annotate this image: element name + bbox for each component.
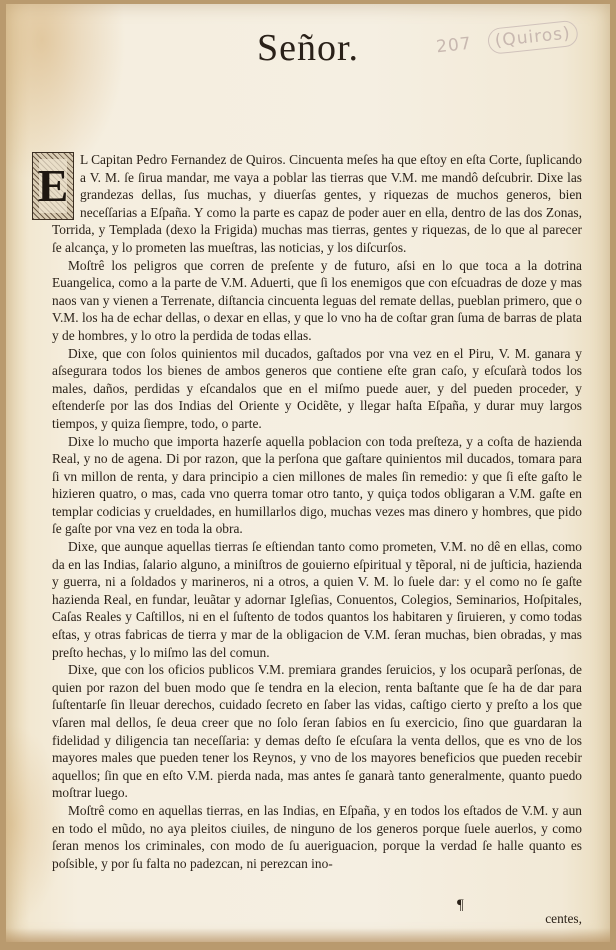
paragraph: Dixe, que aunque aquellas tierras ſe eſt… <box>52 538 582 661</box>
page-title: Señor. <box>6 26 610 70</box>
paragraph: Moſtrê los peligros que corren de preſen… <box>52 257 582 345</box>
paragraph: Dixe, que con ſolos quinientos mil ducad… <box>52 345 582 433</box>
drop-cap-letter: E <box>39 159 67 213</box>
paragraph: Moſtrê como en aquellas tierras, en las … <box>52 802 582 872</box>
paragraph: EL Capitan Pedro Fernandez de Quiros. Ci… <box>52 151 582 257</box>
paragraph: Dixe lo mucho que importa hazerſe aquell… <box>52 433 582 539</box>
catchword: centes, <box>545 911 582 927</box>
paragraph-text: L Capitan Pedro Fernandez de Quiros. Cin… <box>52 152 582 255</box>
document-page: 207 (Quiros) Señor. EL Capitan Pedro Fer… <box>6 4 610 942</box>
page-footer: ¶ centes, <box>52 897 582 933</box>
ornamental-drop-cap: E <box>32 152 74 220</box>
paragraph: Dixe, que con los oficios publicos V.M. … <box>52 661 582 802</box>
document-body: EL Capitan Pedro Fernandez de Quiros. Ci… <box>52 151 582 872</box>
signature-mark-icon: ¶ <box>457 897 464 914</box>
